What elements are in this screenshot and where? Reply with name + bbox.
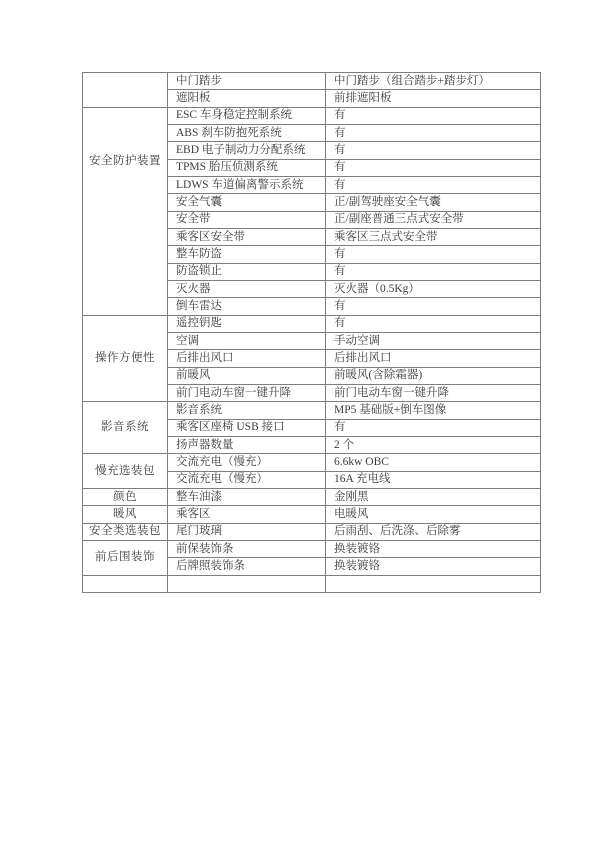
item-cell: 尾门玻璃: [168, 523, 326, 540]
category-cell: 前后围装饰: [83, 540, 168, 575]
item-cell: 乘客区安全带: [168, 228, 326, 245]
item-cell: ABS 刹车防抱死系统: [168, 124, 326, 141]
item-cell: 后牌照装饰条: [168, 558, 326, 575]
value-cell: 后排出风口: [326, 350, 541, 367]
item-cell: EBD 电子制动力分配系统: [168, 142, 326, 159]
category-cell: 安全防护装置: [83, 107, 168, 315]
spec-table-body: 中门踏步中门踏步（组合踏步+踏步灯）遮阳板前排遮阳板安全防护装置ESC 车身稳定…: [83, 73, 541, 593]
table-row: 影音系统影音系统MP5 基础版+倒车图像: [83, 402, 541, 419]
table-row: 安全类选装包尾门玻璃后雨刮、后洗涤、后除雾: [83, 523, 541, 540]
table-row: 前后围装饰前保装饰条换装镀铬: [83, 540, 541, 557]
item-cell: 安全带: [168, 211, 326, 228]
item-cell: 前门电动车窗一键升降: [168, 384, 326, 401]
table-row: [83, 575, 541, 592]
table-row: 中门踏步中门踏步（组合踏步+踏步灯）: [83, 73, 541, 90]
item-cell: 安全气囊: [168, 194, 326, 211]
value-cell: 前门电动车窗一键升降: [326, 384, 541, 401]
table-row: 安全防护装置ESC 车身稳定控制系统有: [83, 107, 541, 124]
category-cell: 操作方便性: [83, 315, 168, 402]
value-cell: 有: [326, 142, 541, 159]
value-cell: 手动空调: [326, 332, 541, 349]
category-cell: 暖风: [83, 506, 168, 523]
value-cell: 后雨刮、后洗涤、后除雾: [326, 523, 541, 540]
item-cell: 倒车雷达: [168, 298, 326, 315]
table-row: 慢充选装包交流充电（慢充）6.6kw OBC: [83, 454, 541, 471]
category-cell: [83, 73, 168, 108]
value-cell: 金刚黑: [326, 488, 541, 505]
item-cell: LDWS 车道偏离警示系统: [168, 176, 326, 193]
value-cell: 有: [326, 124, 541, 141]
item-cell: 防盗锁止: [168, 263, 326, 280]
item-cell: 交流充电（慢充）: [168, 454, 326, 471]
item-cell: 遥控钥匙: [168, 315, 326, 332]
value-cell: [326, 575, 541, 592]
item-cell: 前暖风: [168, 367, 326, 384]
item-cell: 乘客区: [168, 506, 326, 523]
item-cell: 空调: [168, 332, 326, 349]
value-cell: 有: [326, 246, 541, 263]
page: 中门踏步中门踏步（组合踏步+踏步灯）遮阳板前排遮阳板安全防护装置ESC 车身稳定…: [0, 0, 600, 848]
category-cell: 影音系统: [83, 402, 168, 454]
value-cell: 有: [326, 263, 541, 280]
table-row: 操作方便性遥控钥匙有: [83, 315, 541, 332]
item-cell: 交流充电（慢充）: [168, 471, 326, 488]
item-cell: 灭火器: [168, 280, 326, 297]
value-cell: 2 个: [326, 436, 541, 453]
value-cell: 6.6kw OBC: [326, 454, 541, 471]
value-cell: 前暖风(含除霜器): [326, 367, 541, 384]
value-cell: 换装镀铬: [326, 540, 541, 557]
table-row: 颜色整车油漆金刚黑: [83, 488, 541, 505]
value-cell: 16A 充电线: [326, 471, 541, 488]
value-cell: 正/副座普通三点式安全带: [326, 211, 541, 228]
item-cell: TPMS 胎压侦测系统: [168, 159, 326, 176]
item-cell: ESC 车身稳定控制系统: [168, 107, 326, 124]
item-cell: 前保装饰条: [168, 540, 326, 557]
item-cell: 遮阳板: [168, 90, 326, 107]
item-cell: 后排出风口: [168, 350, 326, 367]
value-cell: 前排遮阳板: [326, 90, 541, 107]
value-cell: 有: [326, 176, 541, 193]
value-cell: 中门踏步（组合踏步+踏步灯）: [326, 73, 541, 90]
value-cell: 有: [326, 107, 541, 124]
category-cell: 慢充选装包: [83, 454, 168, 489]
value-cell: 有: [326, 159, 541, 176]
category-cell: 颜色: [83, 488, 168, 505]
spec-table: 中门踏步中门踏步（组合踏步+踏步灯）遮阳板前排遮阳板安全防护装置ESC 车身稳定…: [82, 72, 541, 593]
table-row: 暖风乘客区电暖风: [83, 506, 541, 523]
value-cell: 有: [326, 315, 541, 332]
value-cell: 乘客区三点式安全带: [326, 228, 541, 245]
item-cell: [168, 575, 326, 592]
category-cell: 安全类选装包: [83, 523, 168, 540]
value-cell: 换装镀铬: [326, 558, 541, 575]
value-cell: 电暖风: [326, 506, 541, 523]
value-cell: MP5 基础版+倒车图像: [326, 402, 541, 419]
item-cell: 乘客区座椅 USB 接口: [168, 419, 326, 436]
value-cell: 灭火器（0.5Kg）: [326, 280, 541, 297]
item-cell: 整车防盗: [168, 246, 326, 263]
item-cell: 扬声器数量: [168, 436, 326, 453]
item-cell: 整车油漆: [168, 488, 326, 505]
value-cell: 有: [326, 419, 541, 436]
item-cell: 中门踏步: [168, 73, 326, 90]
item-cell: 影音系统: [168, 402, 326, 419]
category-cell: [83, 575, 168, 592]
value-cell: 正/副驾驶座安全气囊: [326, 194, 541, 211]
value-cell: 有: [326, 298, 541, 315]
